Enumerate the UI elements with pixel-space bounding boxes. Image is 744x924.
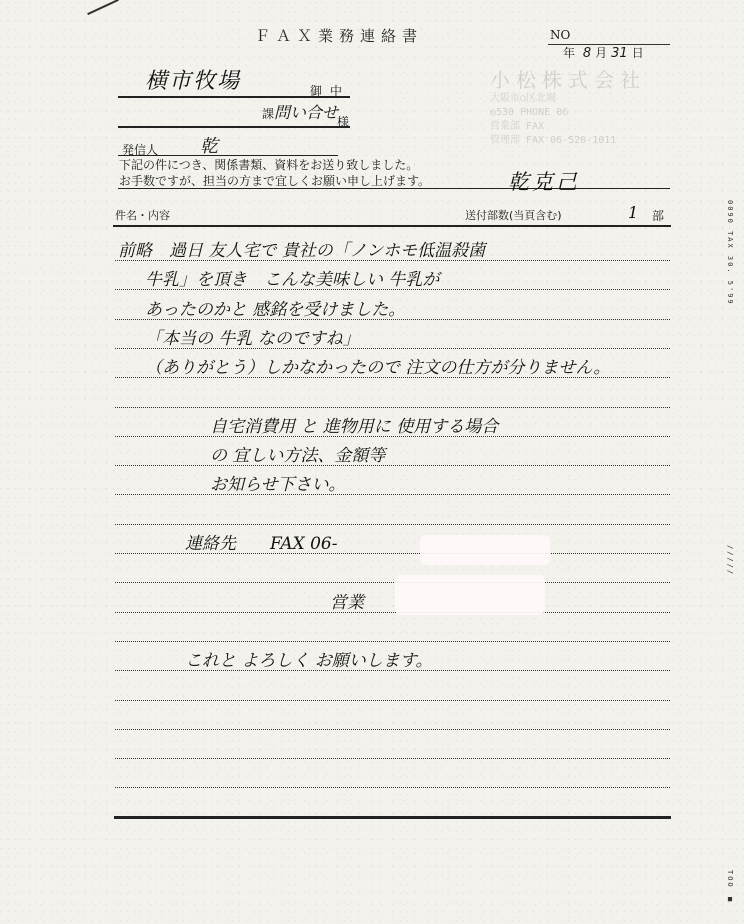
signature: 乾克己 <box>508 166 580 196</box>
fax-header-mark: 0090 TAX 30. 5'99 <box>726 200 734 306</box>
fax-header-mark: TOO ■ <box>726 870 734 905</box>
handwritten-line: お知らせ下さい。 <box>210 470 346 495</box>
subject-label: 件名・内容 <box>115 207 170 223</box>
department-underline <box>118 126 350 128</box>
pages-label: 送付部数(当頁含む) <box>465 207 562 223</box>
ruled-line <box>115 494 670 495</box>
recipient-department: 課問い合せ <box>262 100 338 123</box>
subject-underline <box>113 225 671 227</box>
fax-header-mark: ///// <box>726 545 734 576</box>
document-number-label: NO <box>550 28 570 42</box>
pen-stroke-mark <box>87 0 119 15</box>
month-label: 月 <box>595 46 607 60</box>
ruled-line <box>115 407 670 408</box>
handwritten-line: 営業 <box>330 588 364 613</box>
handwritten-line: 連絡先 FAX 06- <box>185 529 337 554</box>
day-label: 日 <box>632 46 644 60</box>
form-bottom-rule <box>114 816 671 819</box>
pages-value: 1 <box>628 203 638 222</box>
redacted-phone <box>420 535 550 565</box>
ruled-line <box>115 641 670 642</box>
ruled-line <box>115 524 670 525</box>
sender-company-stamp: 小松株式会社 大阪市○区北堀 ◎530 PHONE 06 営業部 FAX 管理部… <box>490 68 680 148</box>
ruled-line <box>115 582 670 583</box>
stamp-company-name: 小松株式会社 <box>490 68 680 92</box>
ruled-line <box>115 465 670 466</box>
handwritten-line: あったのかと 感銘を受けました。 <box>145 295 405 320</box>
month-value: 8 <box>583 46 591 61</box>
handwritten-line: （ありがとう）しかなかったので 注文の仕方が分りません。 <box>145 353 610 378</box>
handwritten-line: 牛乳」を頂き こんな美味しい 牛乳が <box>145 265 439 290</box>
recipient-underline <box>118 96 350 98</box>
message-underline <box>118 188 670 189</box>
handwritten-line: 前略 過日 友人宅で 貴社の「ノンホモ低温殺菌 <box>118 236 485 261</box>
day-value: 31 <box>611 46 628 61</box>
message-line: 下記の件につき、関係書類、資料をお送り致しました。 <box>119 156 418 173</box>
handwritten-line: 自宅消費用 と 進物用に 使用する場合 <box>210 412 498 437</box>
document-date: 年 8月31日 <box>563 44 644 61</box>
redacted-name <box>395 575 545 615</box>
handwritten-line: 「本当の 牛乳 なのですね」 <box>145 324 360 349</box>
department-prefix: 課 <box>262 107 274 121</box>
ruled-line <box>115 700 670 701</box>
stamp-line: 営業部 FAX <box>490 120 680 134</box>
ruled-line <box>115 729 670 730</box>
document-title: ＦＡＸ業務連絡書 <box>255 25 423 46</box>
year-label: 年 <box>563 46 575 60</box>
stamp-line: 管理部 FAX 06-520-1011 <box>490 134 680 148</box>
ruled-line <box>115 787 670 788</box>
ruled-line <box>115 758 670 759</box>
message-line: お手数ですが、担当の方まで宜しくお願い申し上げます。 <box>119 172 430 189</box>
handwritten-line: の 宜しい方法、金額等 <box>210 441 385 466</box>
ruled-line <box>115 612 670 613</box>
stamp-line: 大阪市○区北堀 <box>490 92 680 106</box>
handwritten-line: これと よろしく お願いします。 <box>185 646 432 671</box>
recipient-name: 横市牧場 <box>145 64 241 95</box>
stamp-line: ◎530 PHONE 06 <box>490 106 680 120</box>
pages-unit: 部 <box>652 207 664 224</box>
department-name: 問い合せ <box>274 103 338 122</box>
